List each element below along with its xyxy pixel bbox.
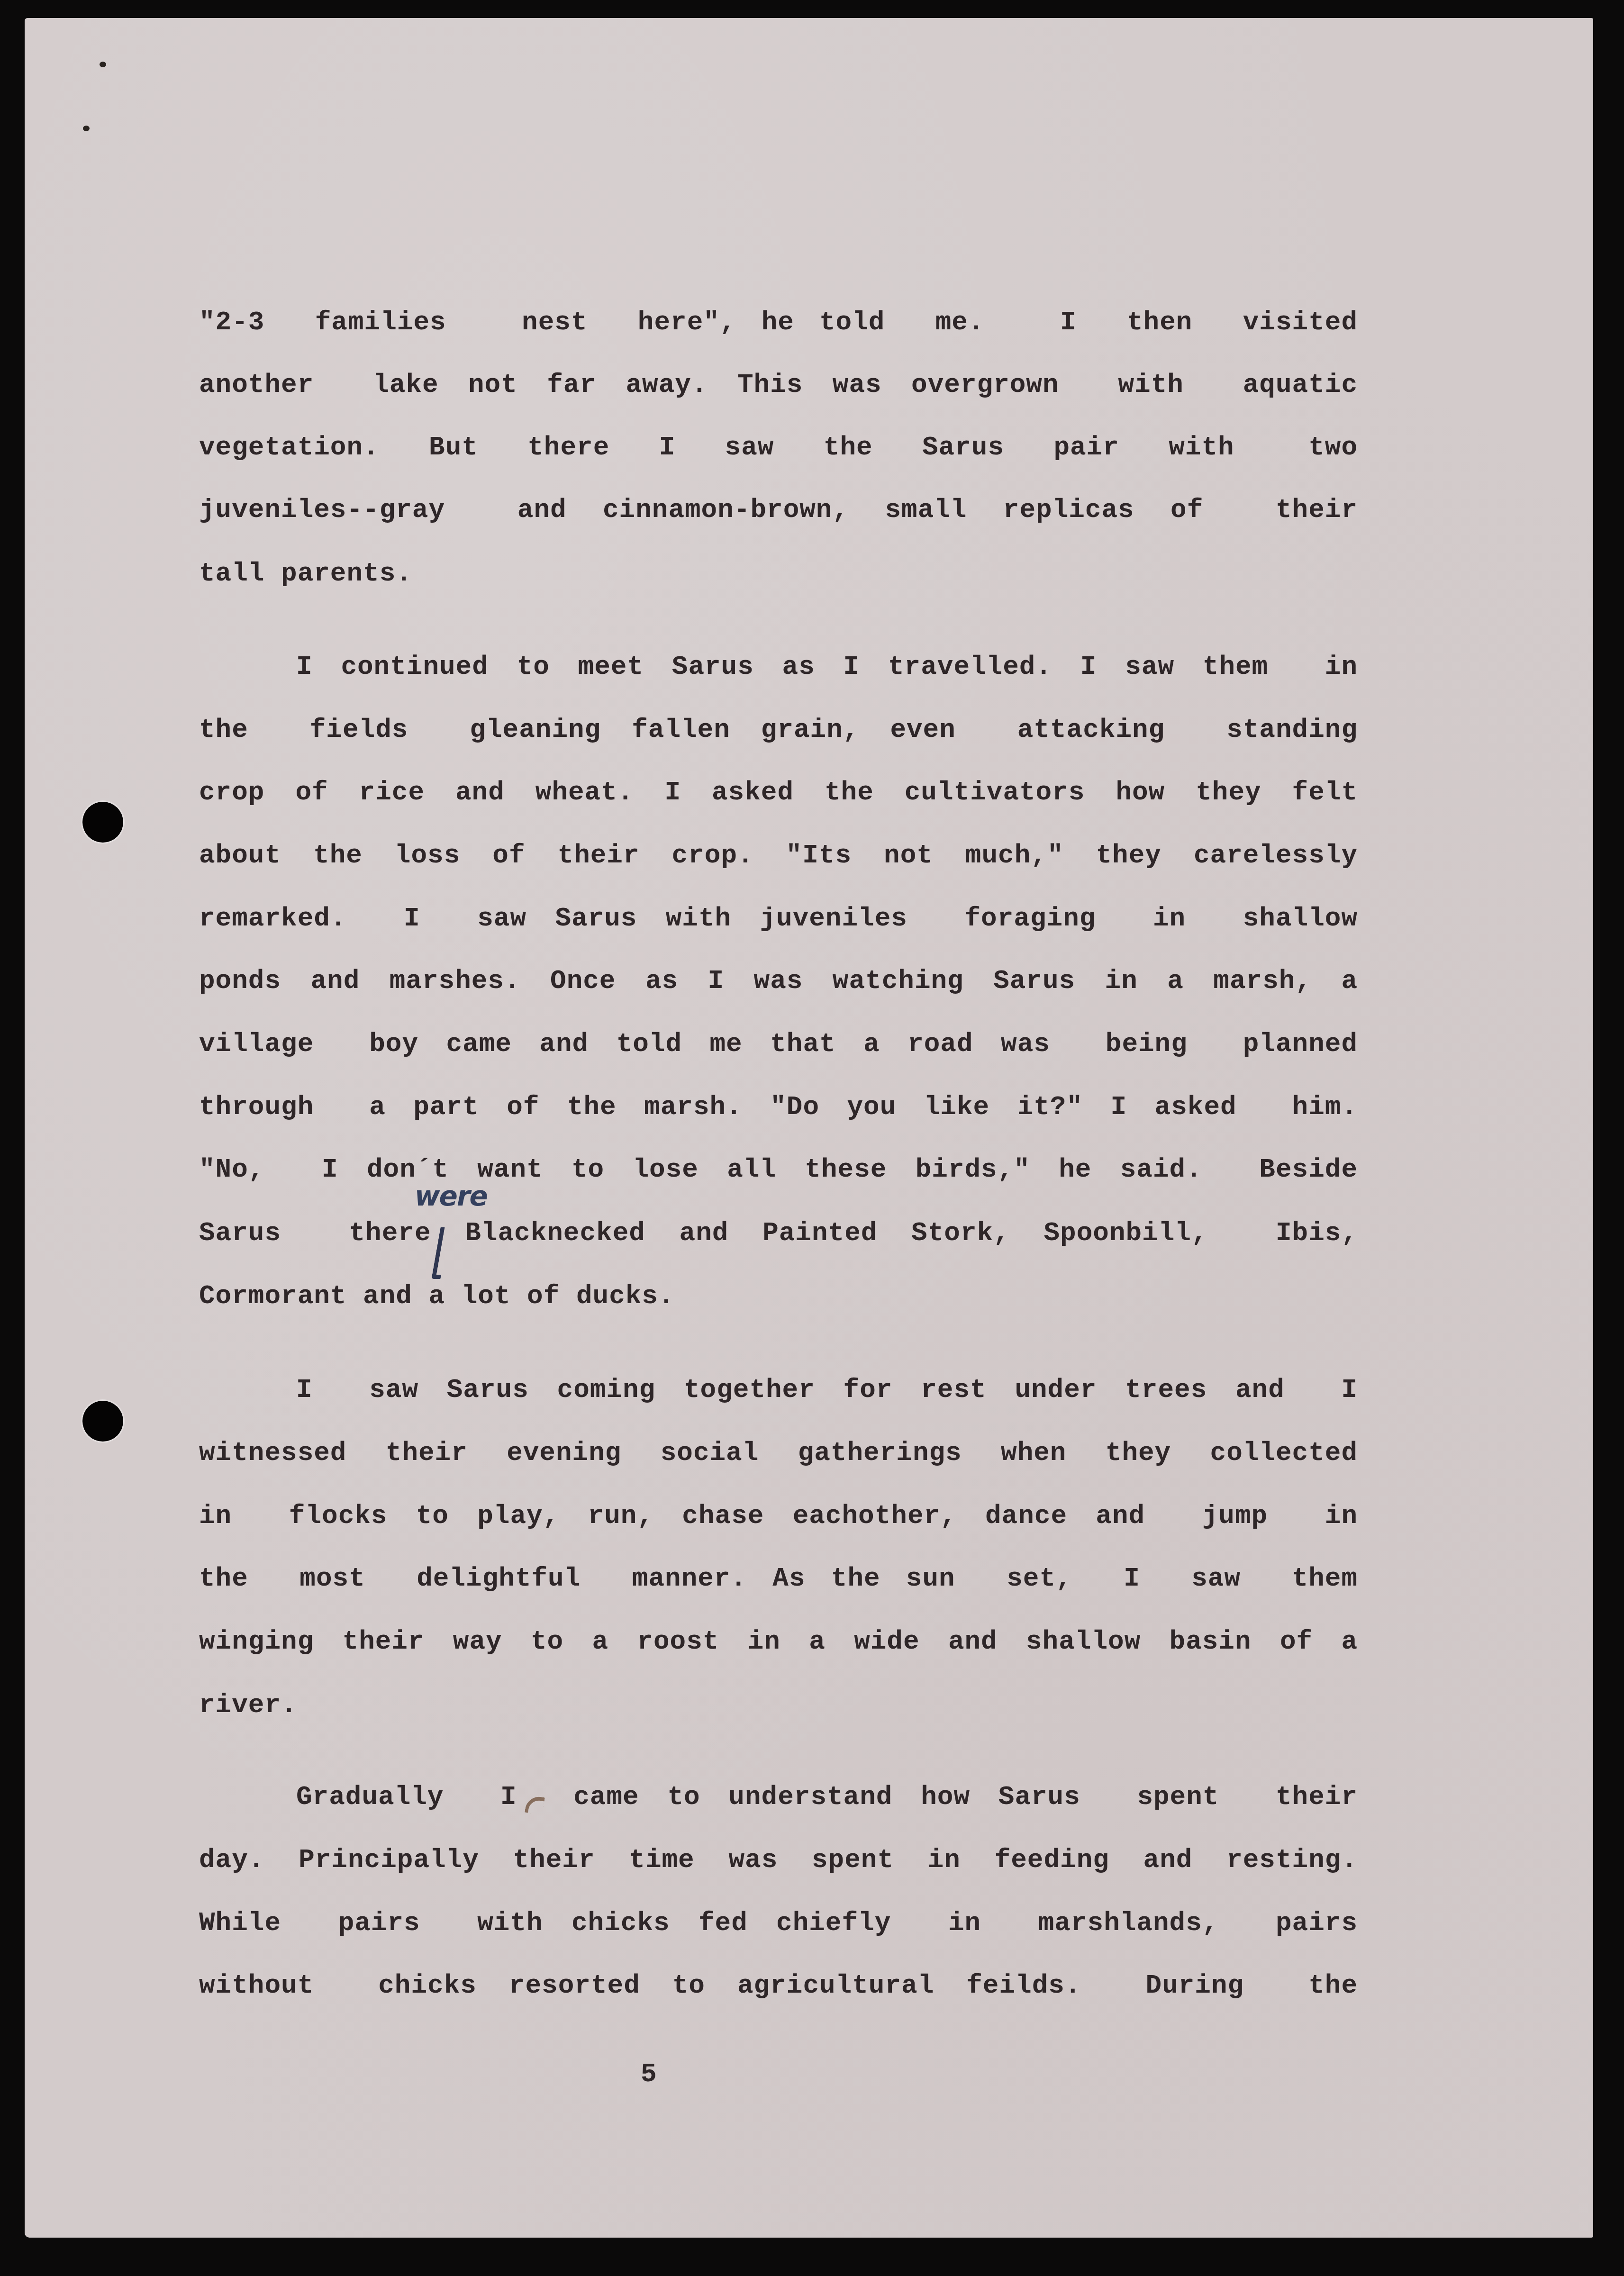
text-line: ponds and marshes. Once as I was watchin… [199, 962, 1358, 1000]
pin-mark-2 [83, 126, 90, 131]
text-line: tall parents. [199, 554, 1358, 592]
text-line: I saw Sarus coming together for rest und… [199, 1371, 1358, 1409]
text-line: vegetation. But there I saw the Sarus pa… [199, 428, 1358, 466]
text-line: village boy came and told me that a road… [199, 1025, 1358, 1063]
text-line: without chicks resorted to agricultural … [199, 1967, 1358, 2004]
text-line: Cormorant and a lot of ducks. [199, 1277, 1358, 1315]
text-line: in flocks to play, run, chase eachother,… [199, 1497, 1358, 1535]
text-line: witnessed their evening social gathering… [199, 1434, 1358, 1472]
text-line: about the loss of their crop. "Its not m… [199, 836, 1358, 874]
pin-mark-1 [100, 62, 106, 67]
punch-hole-upper [82, 802, 123, 843]
text-line: day. Principally their time was spent in… [199, 1841, 1358, 1879]
text-line: Gradually I came to understand how Sarus… [199, 1778, 1358, 1816]
text-line: another lake not far away. This was over… [199, 366, 1358, 404]
text-line: While pairs with chicks fed chiefly in m… [199, 1904, 1358, 1942]
page-number: 5 [641, 2059, 657, 2089]
text-line: Sarus there Blacknecked and Painted Stor… [199, 1214, 1358, 1252]
text-line: juveniles--gray and cinnamon-brown, smal… [199, 491, 1358, 529]
text-line: I continued to meet Sarus as I travelled… [199, 648, 1358, 686]
text-line: remarked. I saw Sarus with juveniles for… [199, 899, 1358, 937]
text-line: "No, I don´t want to lose all these bird… [199, 1151, 1358, 1188]
handwritten-insertion-were: were [415, 1180, 487, 1212]
punch-hole-lower [82, 1401, 123, 1442]
text-line: winging their way to a roost in a wide a… [199, 1623, 1358, 1660]
text-line: crop of rice and wheat. I asked the cult… [199, 773, 1358, 811]
text-line: "2-3 families nest here", he told me. I … [199, 303, 1358, 341]
text-line: the fields gleaning fallen grain, even a… [199, 711, 1358, 749]
text-line: river. [199, 1686, 1358, 1724]
text-line: through a part of the marsh. "Do you lik… [199, 1088, 1358, 1126]
text-line: the most delightful manner. As the sun s… [199, 1560, 1358, 1597]
